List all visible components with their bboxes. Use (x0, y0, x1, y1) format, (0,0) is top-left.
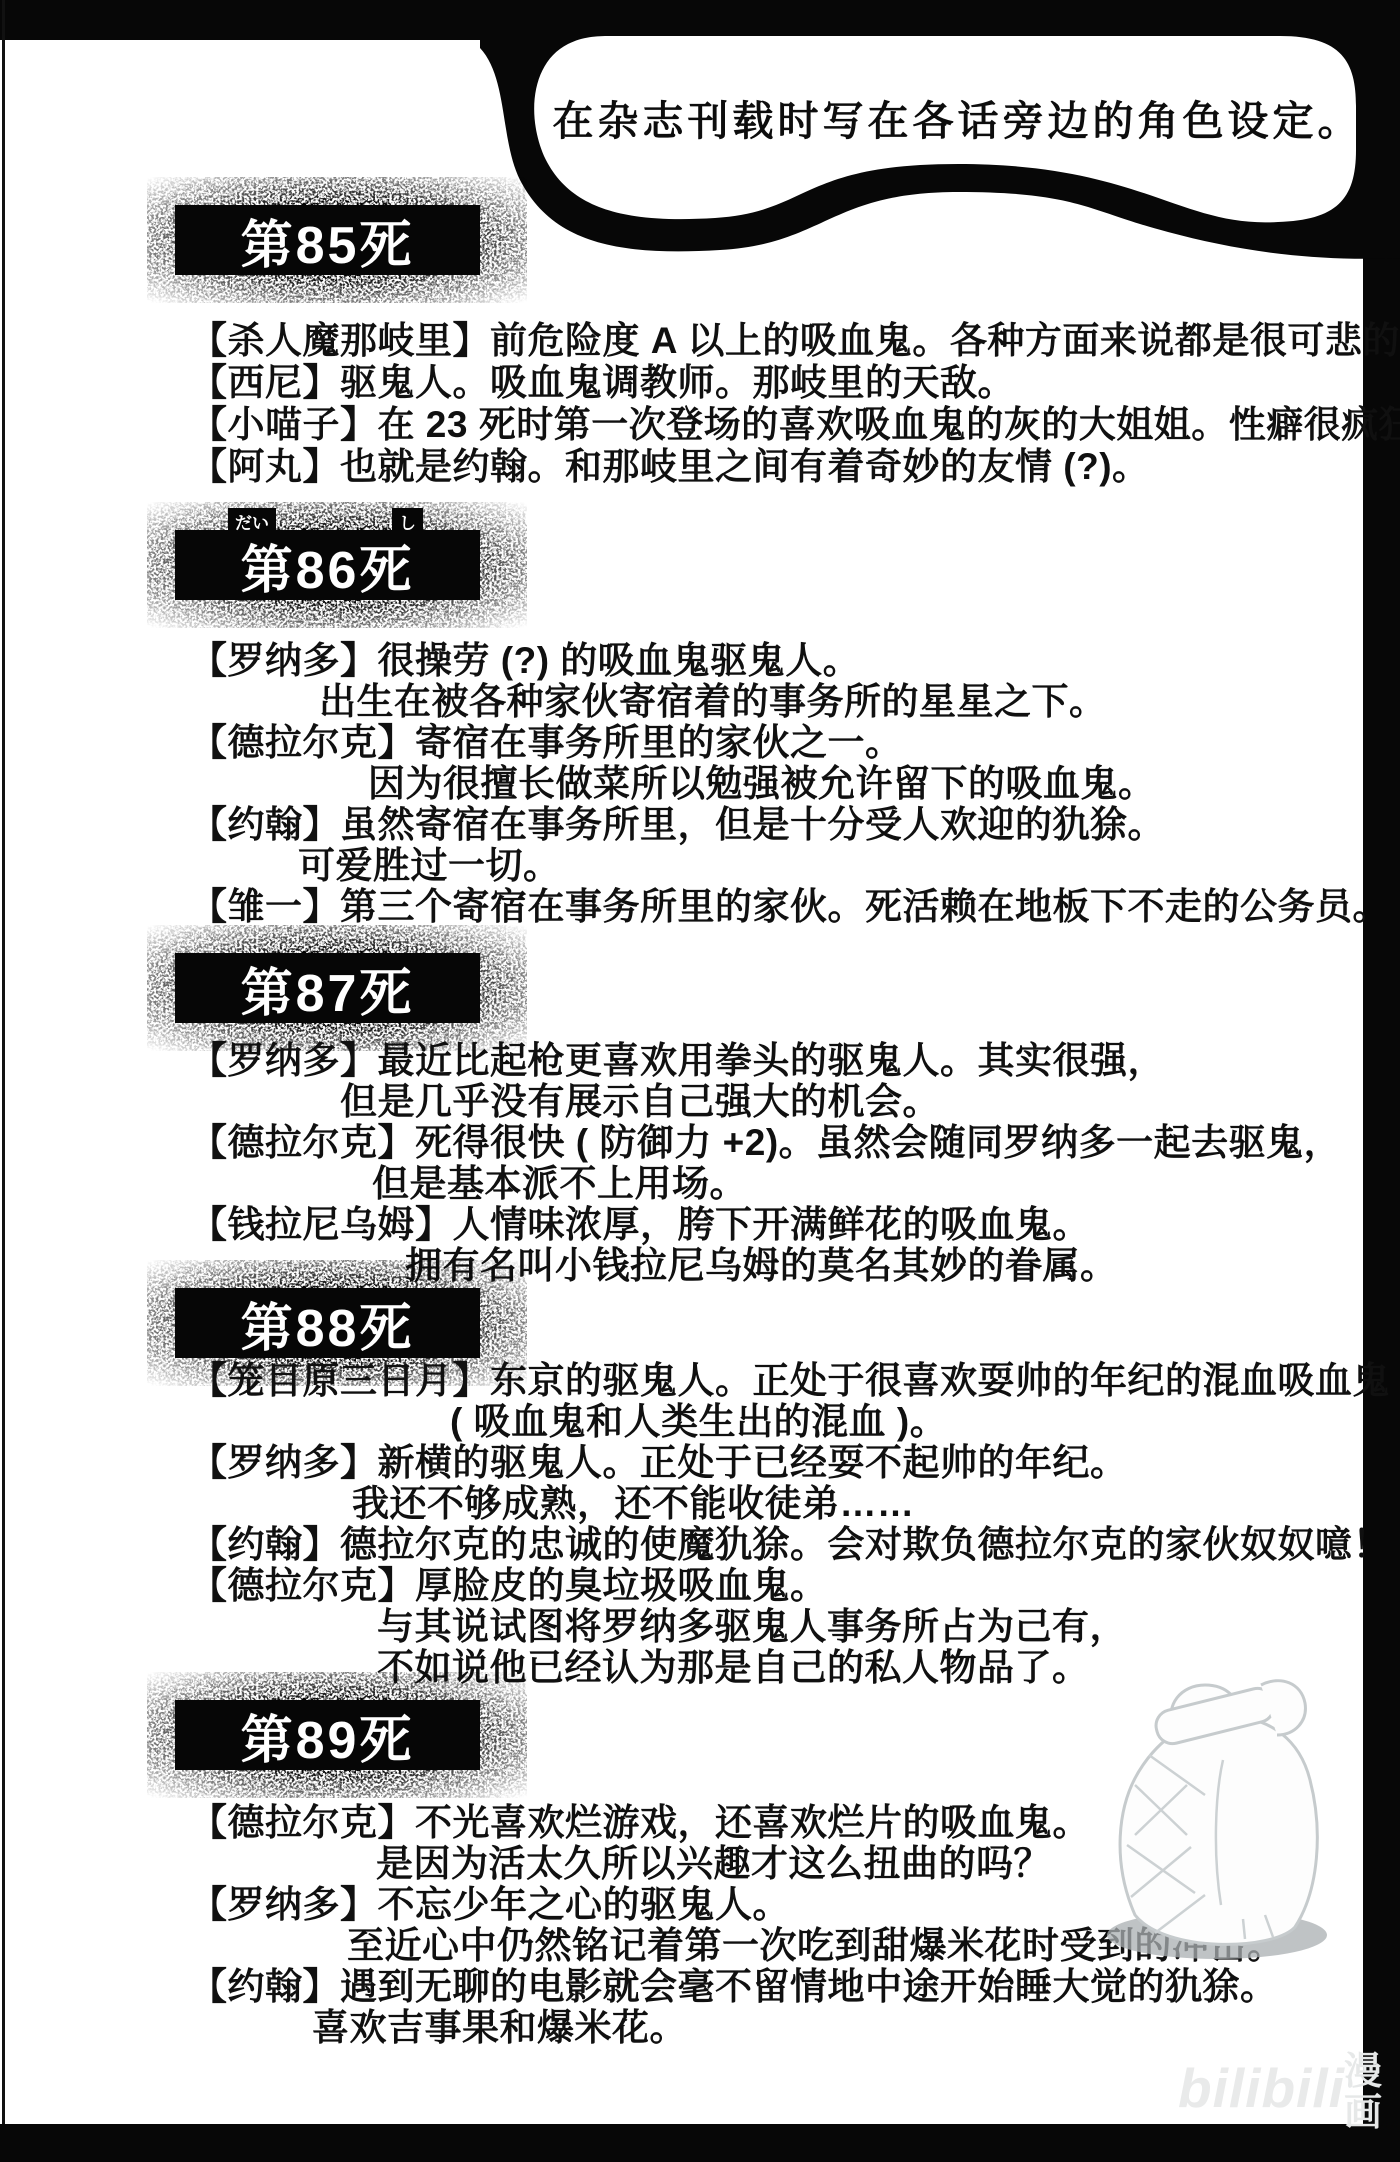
note-line: 【钱拉尼乌姆】人情味浓厚，胯下开满鲜花的吸血鬼。 (190, 1204, 1090, 1246)
note-line: 是因为活太久所以兴趣才这么扭曲的吗？ (376, 1843, 1051, 1885)
note-line: 【约翰】德拉尔克的忠诚的使魔犰狳。会对欺负德拉尔克的家伙奴奴噫！ (190, 1524, 1390, 1566)
note-line: 【雏一】第三个寄宿在事务所里的家伙。死活赖在地板下不走的公务员。 (190, 886, 1390, 928)
section-87-title: 第87死 (175, 953, 480, 1023)
note-line: 因为很擅长做菜所以勉强被允许留下的吸血鬼。 (368, 763, 1156, 805)
note-line: 【罗纳多】不忘少年之心的驱鬼人。 (190, 1884, 790, 1926)
note-line: 【德拉尔克】死得很快 ( 防御力 +2)。虽然会随同罗纳多一起去驱鬼， (190, 1122, 1341, 1164)
note-line: 【德拉尔克】不光喜欢烂游戏，还喜欢烂片的吸血鬼。 (190, 1802, 1090, 1844)
note-line: 【德拉尔克】厚脸皮的臭垃圾吸血鬼。 (190, 1565, 828, 1607)
note-bubble-text: 在杂志刊载时写在各话旁边的角色设定。 (545, 88, 1370, 147)
note-line: 【阿丸】也就是约翰。和那岐里之间有着奇妙的友情 (?)。 (190, 446, 1150, 488)
bilibili-watermark: bilibili (1178, 2056, 1345, 2120)
note-line: 但是几乎没有展示自己强大的机会。 (340, 1081, 940, 1123)
note-line: 可爱胜过一切。 (298, 845, 561, 887)
frame-bottom (0, 2124, 1400, 2162)
furigana-shi: し (392, 508, 423, 534)
note-line: 【罗纳多】新横的驱鬼人。正处于已经耍不起帅的年纪。 (190, 1442, 1128, 1484)
note-line: 【杀人魔那岐里】前危险度 A 以上的吸血鬼。各种方面来说都是很可悲的男人。 (190, 320, 1400, 362)
manhua-char-2: 画 (1340, 2093, 1386, 2134)
manhua-watermark: 漫 画 (1340, 2052, 1386, 2134)
note-line: 【罗纳多】很操劳 (?) 的吸血鬼驱鬼人。 (190, 640, 860, 682)
note-line: 【约翰】虽然寄宿在事务所里，但是十分受人欢迎的犰狳。 (190, 804, 1165, 846)
armadillo-sketch (1095, 1665, 1375, 1975)
furigana-dai: だい (228, 508, 276, 534)
note-line: 【小喵子】在 23 死时第一次登场的喜欢吸血鬼的灰的大姐姐。性癖很疯狂。 (190, 404, 1400, 446)
section-88-title: 第88死 (175, 1288, 480, 1358)
note-line: 【笼目原三日月】东京的驱鬼人。正处于很喜欢耍帅的年纪的混血吸血鬼 (190, 1360, 1390, 1402)
note-line: 与其说试图将罗纳多驱鬼人事务所占为己有， (377, 1606, 1127, 1648)
frame-left (2, 0, 5, 2162)
section-86-title: 第86死 (175, 530, 480, 600)
manhua-char-1: 漫 (1340, 2052, 1386, 2093)
note-line: 喜欢吉事果和爆米花。 (312, 2007, 687, 2049)
note-line: 【罗纳多】最近比起枪更喜欢用拳头的驱鬼人。其实很强， (190, 1040, 1165, 1082)
note-line: 【德拉尔克】寄宿在事务所里的家伙之一。 (190, 722, 903, 764)
note-line: 我还不够成熟，还不能收徒弟…… (352, 1483, 915, 1525)
note-line: 出生在被各种家伙寄宿着的事务所的星星之下。 (319, 681, 1107, 723)
note-line: ( 吸血鬼和人类生出的混血 )。 (450, 1401, 947, 1443)
section-89-title: 第89死 (175, 1700, 480, 1770)
note-line: 【西尼】驱鬼人。吸血鬼调教师。那岐里的天敌。 (190, 362, 1015, 404)
note-line: 但是基本派不上用场。 (372, 1163, 747, 1205)
manga-notes-page: 在杂志刊载时写在各话旁边的角色设定。 第85死 【杀人魔那岐里】前危险度 A 以… (0, 0, 1400, 2162)
section-85-title: 第85死 (175, 205, 480, 275)
